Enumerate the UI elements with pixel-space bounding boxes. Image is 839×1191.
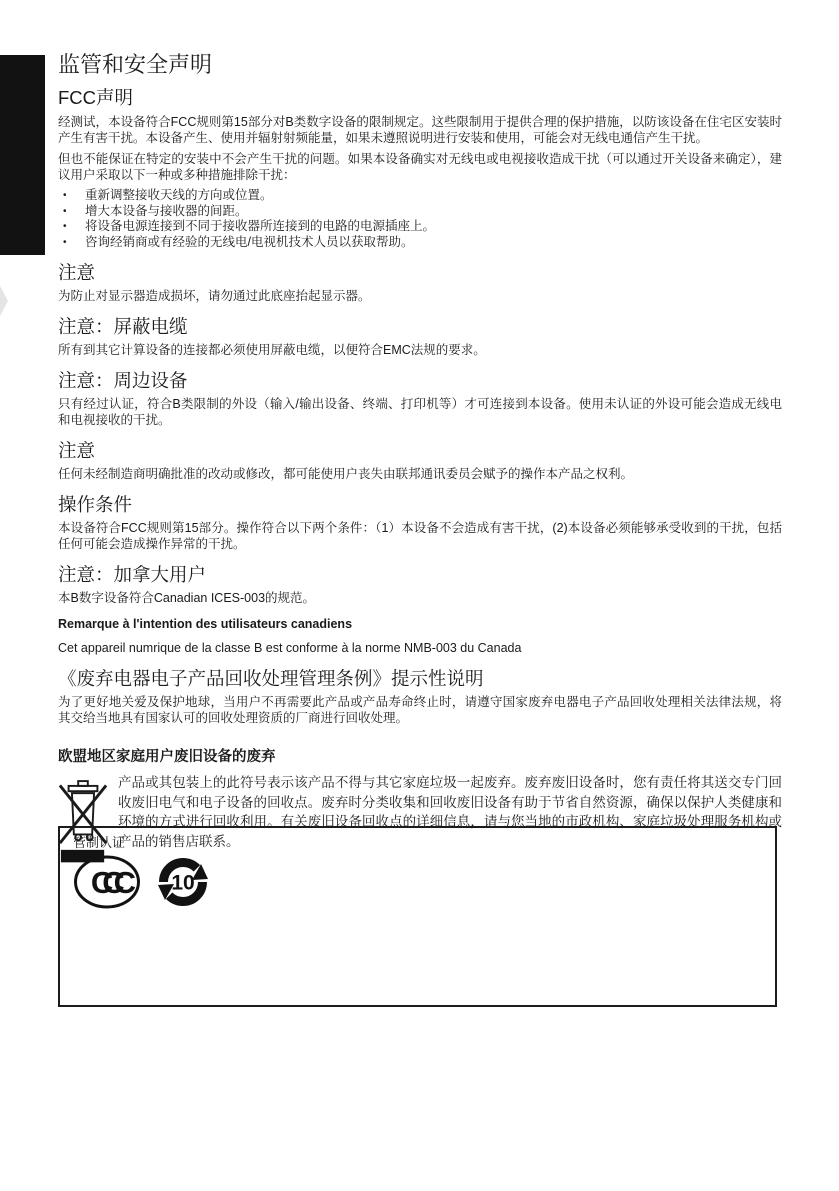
page: { "colors": { "ink": "#1a1a1a", "edge_ba… (0, 0, 839, 1191)
left-edge-black-bar (0, 55, 45, 255)
notice-modifications-body: 任何未经制造商明确批准的改动或修改，都可能使用户丧失由联邦通讯委员会赋予的操作本… (58, 466, 782, 482)
page-title: 监管和安全声明 (58, 52, 782, 78)
notice-canada-body: 本B数字设备符合Canadian ICES-003的规范。 (58, 590, 782, 606)
fcc-heading: FCC声明 (58, 86, 782, 109)
notice-modifications-heading: 注意 (58, 439, 782, 462)
fcc-remedy-item: 将设备电源连接到不同于接收器所连接到的电路的电源插座上。 (58, 219, 782, 235)
china-weee-body: 为了更好地关爱及保护地球，当用户不再需要此产品或产品寿命终止时，请遵守国家废弃电… (58, 694, 782, 726)
notice-canada-heading: 注意：加拿大用户 (58, 563, 782, 586)
canada-remark-title: Remarque à l'intention des utilisateurs … (58, 616, 782, 632)
notice-stand-heading: 注意 (58, 261, 782, 284)
notice-shielded-body: 所有到其它计算设备的连接都必须使用屏蔽电缆，以便符合EMC法规的要求。 (58, 342, 782, 358)
canada-remark-body: Cet appareil numrique de la classe B est… (58, 640, 782, 656)
notice-shielded-heading: 注意：屏蔽电缆 (58, 315, 782, 338)
certification-box: 管制认证 CCC 10 (58, 826, 777, 1007)
notice-stand-body: 为防止对显示器造成损坏，请勿通过此底座抬起显示器。 (58, 288, 782, 304)
left-edge-scan-artifact (0, 286, 8, 316)
fcc-paragraph-1: 经测试，本设备符合FCC规则第15部分对B类数字设备的限制规定。这些限制用于提供… (58, 114, 782, 146)
fcc-remedy-item: 增大本设备与接收器的间距。 (58, 204, 782, 220)
efup-years-label: 10 (171, 872, 194, 895)
eu-disposal-heading: 欧盟地区家庭用户废旧设备的废弃 (58, 748, 782, 767)
document-body: 监管和安全声明 FCC声明 经测试，本设备符合FCC规则第15部分对B类数字设备… (58, 52, 782, 870)
notice-peripherals-heading: 注意：周边设备 (58, 369, 782, 392)
china-weee-heading: 《废弃电器电子产品回收处理管理条例》提示性说明 (58, 667, 782, 690)
fcc-paragraph-2: 但也不能保证在特定的安装中不会产生干扰的问题。如果本设备确实对无线电或电视接收造… (58, 151, 782, 183)
fcc-remedy-item: 咨询经销商或有经验的无线电/电视机技术人员以获取帮助。 (58, 235, 782, 251)
certification-box-label: 管制认证 (73, 834, 775, 851)
china-rohs-efup-10-icon: 10 (155, 854, 211, 915)
ccc-letters: CCC (91, 865, 136, 900)
fcc-remedy-item: 重新调整接收天线的方向或位置。 (58, 188, 782, 204)
notice-peripherals-body: 只有经过认证，符合B类限制的外设（输入/输出设备、终端、打印机等）才可连接到本设… (58, 396, 782, 428)
fcc-remedies-list: 重新调整接收天线的方向或位置。 增大本设备与接收器的间距。 将设备电源连接到不同… (58, 188, 782, 250)
certification-logos: CCC 10 (73, 854, 775, 915)
operation-conditions-heading: 操作条件 (58, 493, 782, 516)
ccc-certification-icon: CCC (73, 854, 141, 915)
operation-conditions-body: 本设备符合FCC规则第15部分。操作符合以下两个条件：（1）本设备不会造成有害干… (58, 520, 782, 552)
